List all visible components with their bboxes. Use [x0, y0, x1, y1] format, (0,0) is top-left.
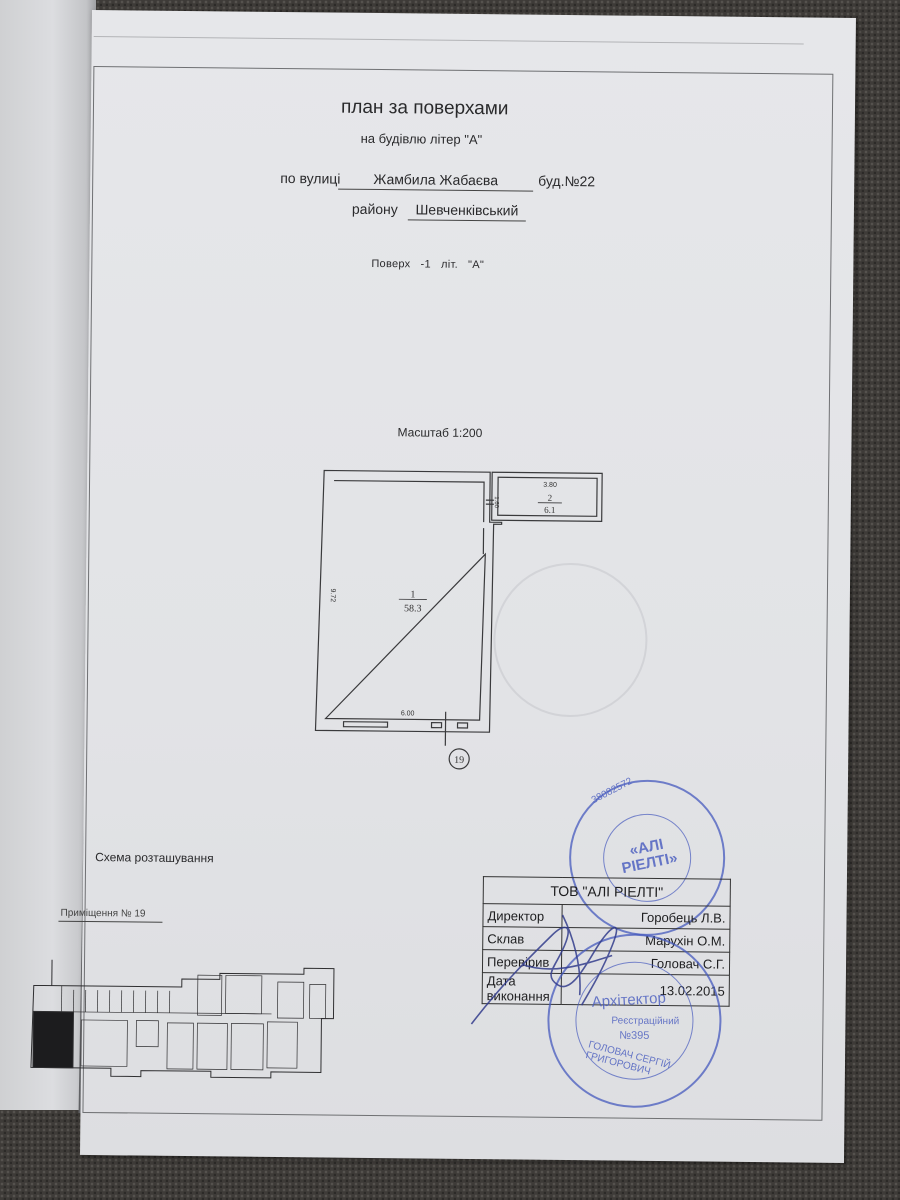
scale-label: Масштаб 1:200	[398, 425, 483, 440]
premises-marker: 19	[454, 755, 464, 766]
floor-plan-sheet: план за поверхами на будівлю літер "А" п…	[80, 10, 856, 1163]
room2-width: 1.60	[493, 496, 499, 508]
room2-length: 3.80	[543, 482, 557, 489]
floor-label: Поверх -1 літ. "А"	[371, 258, 484, 271]
signature-scribble	[461, 894, 663, 1046]
building-number: буд.№22	[538, 173, 595, 190]
room1-length: 9.72	[329, 589, 336, 603]
street-label: по вулиці	[280, 170, 340, 187]
building-location-scheme	[21, 959, 342, 1102]
room1-width: 6.00	[401, 710, 415, 717]
district-label: району	[352, 201, 398, 217]
street-value: Жамбила Жабаєва	[338, 171, 533, 192]
document-title: план за поверхами	[341, 97, 509, 121]
premises-label: Приміщення № 19	[60, 908, 145, 920]
document-subtitle: на будівлю літер "А"	[361, 131, 483, 147]
room2-area: 6.1	[544, 505, 555, 515]
room1-area: 58.3	[404, 603, 422, 614]
room1-number: 1	[410, 589, 415, 600]
room2-number: 2	[548, 493, 553, 503]
floor-plan-drawing: 3.80 1.60 2 6.1 9.72 1 58.3 6.00 19	[309, 468, 612, 771]
location-scheme-title: Схема розташування	[95, 850, 214, 865]
sheet-edge-line	[94, 36, 804, 44]
district-value: Шевченківський	[408, 201, 526, 221]
